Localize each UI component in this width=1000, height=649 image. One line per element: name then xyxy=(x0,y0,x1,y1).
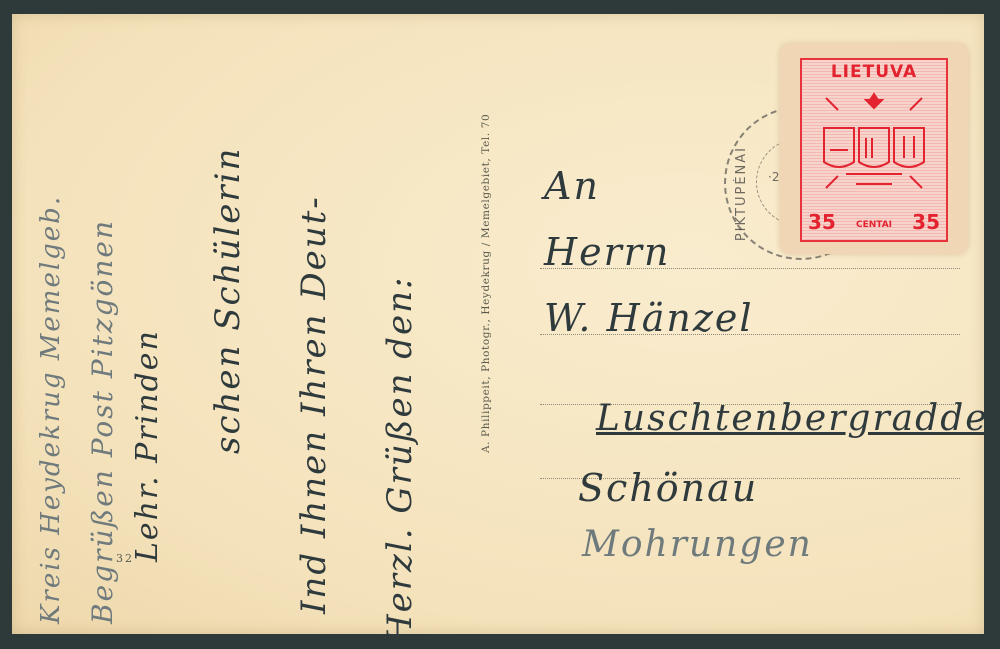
stamp-value-right: 35 xyxy=(912,210,940,234)
signature: Lehr. Prinden xyxy=(130,262,165,562)
message-line-2: Ind Ihnen Ihren Deut- xyxy=(294,34,334,614)
coat-of-arms-icon xyxy=(816,88,932,198)
printer-imprint: A. Philippeit, Photogr., Heydekrug / Mem… xyxy=(480,114,492,534)
postage-stamp: LIETUVA 35 CENTAI 35 xyxy=(800,58,948,242)
message-line-6: Kreis Heydekrug Memelgeb. xyxy=(36,34,66,624)
address-title: Herrn xyxy=(544,230,670,274)
postmark-place: PIKTUPĖNAI xyxy=(734,146,749,241)
address-district: Mohrungen xyxy=(582,524,813,565)
card-number: 32 xyxy=(116,552,134,565)
stamp-country: LIETUVA xyxy=(802,62,946,82)
message-line-1: Herzl. Grüßen den: xyxy=(380,104,420,634)
address-street: Luschtenbergradden xyxy=(596,398,984,439)
address-recipient: W. Hänzel xyxy=(544,296,754,340)
message-line-5: Begrüßen Post Pitzgönen xyxy=(86,24,119,624)
message-line-3: schen Schülerin xyxy=(208,24,248,454)
address-town: Schönau xyxy=(578,466,758,510)
address-salutation: An xyxy=(544,164,600,208)
